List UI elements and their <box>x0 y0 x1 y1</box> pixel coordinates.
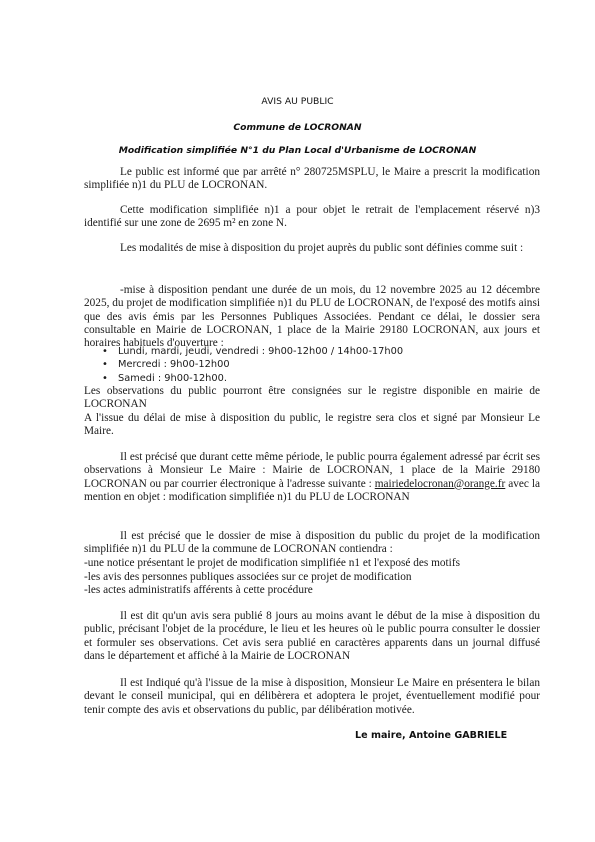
paragraph-mise-a-disposition: -mise à disposition pendant une durée de… <box>84 284 540 350</box>
paragraph-arrete: Le public est informé que par arrêté n° … <box>84 166 540 193</box>
opening-hours-list: •Lundi, mardi, jeudi, vendredi : 9h00-12… <box>102 345 522 385</box>
paragraph-bilan: Il est Indiqué qu'à l'issue de la mise à… <box>84 677 540 717</box>
hours-item: •Samedi : 9h00-12h00. <box>102 372 522 385</box>
email-link[interactable]: mairiedelocronan@orange.fr <box>375 478 506 490</box>
dossier-item: -les avis des personnes publiques associ… <box>84 571 540 584</box>
paragraph-contenu-dossier: Il est précisé que le dossier de mise à … <box>84 530 540 557</box>
paragraph-observations: Les observations du public pourront être… <box>84 385 540 412</box>
dossier-item: -les actes administratifs afférents à ce… <box>84 584 540 597</box>
bullet-icon: • <box>102 345 108 358</box>
signature: Le maire, Antoine GABRIELE <box>355 730 507 741</box>
paragraph-modalites: Les modalités de mise à disposition du p… <box>84 242 540 255</box>
paragraph-registre: A l'issue du délai de mise à disposition… <box>84 412 540 439</box>
document-page: AVIS AU PUBLIC Commune de LOCRONAN Modif… <box>0 0 595 842</box>
paragraph-objet: Cette modification simplifiée n)1 a pour… <box>84 204 540 231</box>
hours-item: •Lundi, mardi, jeudi, vendredi : 9h00-12… <box>102 345 522 358</box>
commune-name: Commune de LOCRONAN <box>0 122 595 133</box>
paragraph-publication: Il est dit qu'un avis sera publié 8 jour… <box>84 610 540 663</box>
dossier-item: -une notice présentant le projet de modi… <box>84 557 540 570</box>
hours-item: •Mercredi : 9h00-12h00 <box>102 358 522 371</box>
paragraph-courrier: Il est précisé que durant cette même pér… <box>84 451 540 504</box>
bullet-icon: • <box>102 358 108 371</box>
bullet-icon: • <box>102 372 108 385</box>
notice-title: AVIS AU PUBLIC <box>0 96 595 107</box>
notice-subject: Modification simplifiée N°1 du Plan Loca… <box>0 145 595 156</box>
